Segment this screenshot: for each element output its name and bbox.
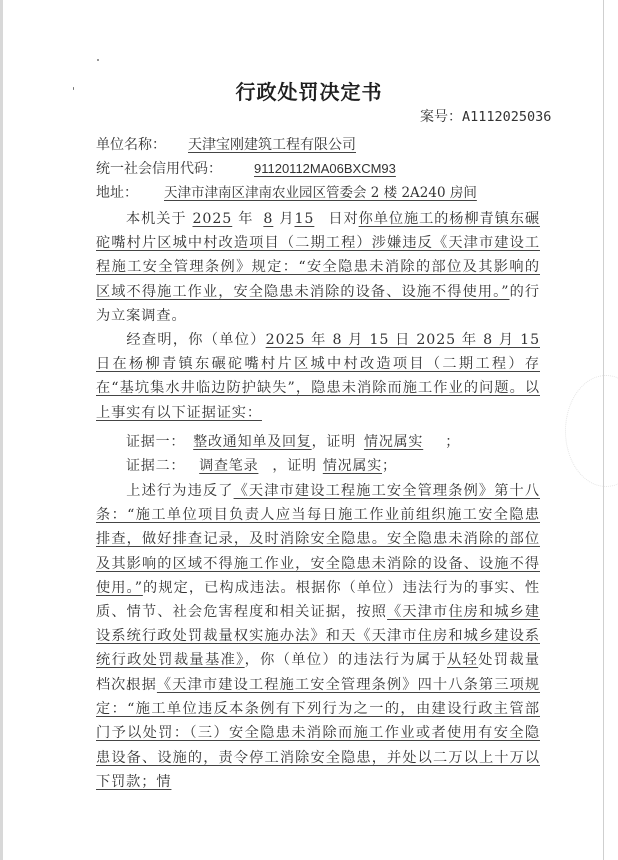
case-number: 案号：A1112025036	[420, 106, 551, 126]
evidence-item-1: 证据一：整改通知单及回复，证明情况属实；	[126, 432, 460, 452]
address-row: 地址：天津市津南区津南农业园区管委会 2 楼 2A240 房间	[96, 183, 513, 203]
paragraph-case-filing: 本机关于2025年8月15日对你单位施工的杨柳青镇东碾砣嘴村片区城中村改造项目（…	[96, 207, 540, 328]
paragraph-penalty-basis: 根据《天津市建设工程施工安全管理条例》四十八条第三项规定：“施工单位违反本条例有…	[96, 673, 540, 794]
document-title: 行政处罚决定书	[0, 76, 618, 105]
scan-left-edge	[0, 0, 3, 860]
address-value: 天津市津南区津南农业园区管委会 2 楼 2A240 房间	[138, 185, 513, 201]
filing-day: 15	[294, 211, 314, 227]
paragraph-violation: 上述行为违反了《天津市建设工程施工安全管理条例》第十八条：“施工单位项目负责人应…	[96, 479, 540, 697]
partial-seal-stamp	[565, 375, 618, 487]
evidence-2-item: 调查笔录	[199, 458, 258, 474]
evidence-1-item: 整改通知单及回复	[193, 434, 311, 450]
discretion-level: 从轻	[447, 652, 478, 668]
evidence-2-proves: 情况属实	[323, 458, 382, 474]
scan-speck	[97, 59, 99, 61]
credit-code-row: 统一社会信用代码：91120112MA06BXCM93	[96, 159, 432, 179]
filing-year: 2025	[193, 211, 233, 227]
filing-month: 8	[263, 211, 273, 227]
evidence-1-proves: 情况属实	[364, 434, 423, 450]
address-label: 地址：	[96, 185, 138, 201]
evidence-item-2: 证据二：调查笔录，证明情况属实；	[126, 456, 397, 476]
unit-name-row: 单位名称：天津宝刚建筑工程有限公司	[96, 135, 370, 155]
credit-code-value: 91120112MA06BXCM93	[222, 161, 432, 177]
paragraph-findings: 经查明，你（单位）2025 年 8 月 15 日 2025 年 8 月 15 日…	[96, 328, 540, 425]
unit-name-value: 天津宝刚建筑工程有限公司	[166, 137, 370, 153]
penalty-article: 《天津市建设工程施工安全管理条例》四十八条第三项规定：“施工单位违反本条例有下列…	[96, 677, 540, 790]
case-number-value: A1112025036	[462, 109, 551, 125]
case-number-label: 案号：	[420, 109, 462, 125]
credit-code-label: 统一社会信用代码：	[96, 161, 222, 177]
unit-name-label: 单位名称：	[96, 137, 166, 153]
